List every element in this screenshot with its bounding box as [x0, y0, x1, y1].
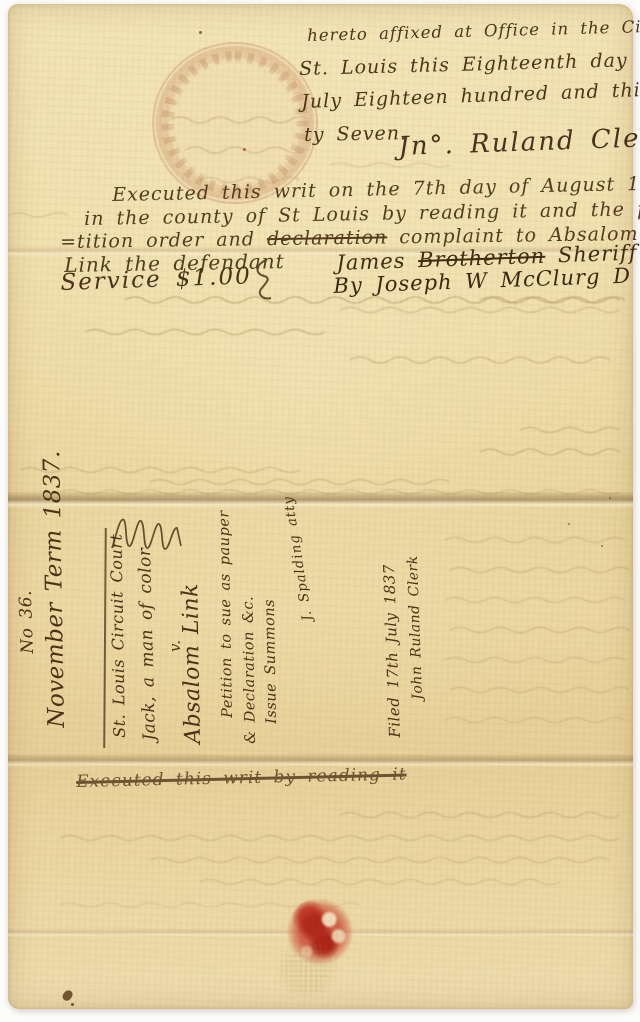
cancelled-note-text: Executed this writ by reading it: [76, 765, 407, 792]
service-fee: Service $1.00: [60, 263, 252, 296]
scanned-document-page: { "page": { "description": "Scanned hand…: [0, 0, 640, 1022]
docket-pleading-2: & Declaration &c.: [240, 596, 259, 744]
ink-speck: [71, 1003, 74, 1006]
ink-speck: [609, 497, 611, 499]
docket-case-number: No 36.: [16, 590, 38, 654]
wax-seal-ghost-impression: [270, 941, 344, 997]
attestation-line-3: July Eighteen hundred and thir=: [301, 79, 640, 114]
docket-pleading-1: Petition to sue as pauper: [216, 510, 236, 718]
ink-speck: [568, 523, 570, 525]
docket-court: St. Louis Circuit Court: [106, 533, 129, 738]
docket-filed-clerk: John Ruland Clerk: [405, 555, 426, 700]
docket-pleading-3: Issue Summons: [262, 599, 280, 724]
attestation-line-4: ty Seven.: [304, 123, 407, 147]
attestation-line-2: St. Louis this Eighteenth day of: [299, 50, 640, 81]
cancelled-note: Executed this writ by reading it: [76, 766, 407, 793]
ink-speck: [601, 545, 603, 547]
docket-term: November Term 1837.: [39, 450, 70, 728]
docket-filed-date: Filed 17th July 1837: [380, 564, 404, 738]
docket-attorney: J. Spalding atty: [280, 495, 316, 622]
return-line-3-struck-word: declaration: [267, 226, 388, 250]
docket-plaintiff: Jack, a man of color: [135, 547, 160, 741]
docket-defendant: Absalom Link: [178, 583, 206, 744]
docket-rotated-panel: No 36. November Term 1837. St. Louis Cir…: [18, 514, 438, 762]
paper-sheet: hereto affixed at Office in the City of …: [8, 4, 633, 1009]
clerk-signature: Jn°. Ruland Clerk: [398, 123, 640, 162]
ink-speck: [199, 31, 202, 34]
attestation-line-1: hereto affixed at Office in the City of: [307, 17, 640, 46]
fold-crease: [8, 492, 633, 508]
ink-stain: [61, 989, 74, 1003]
